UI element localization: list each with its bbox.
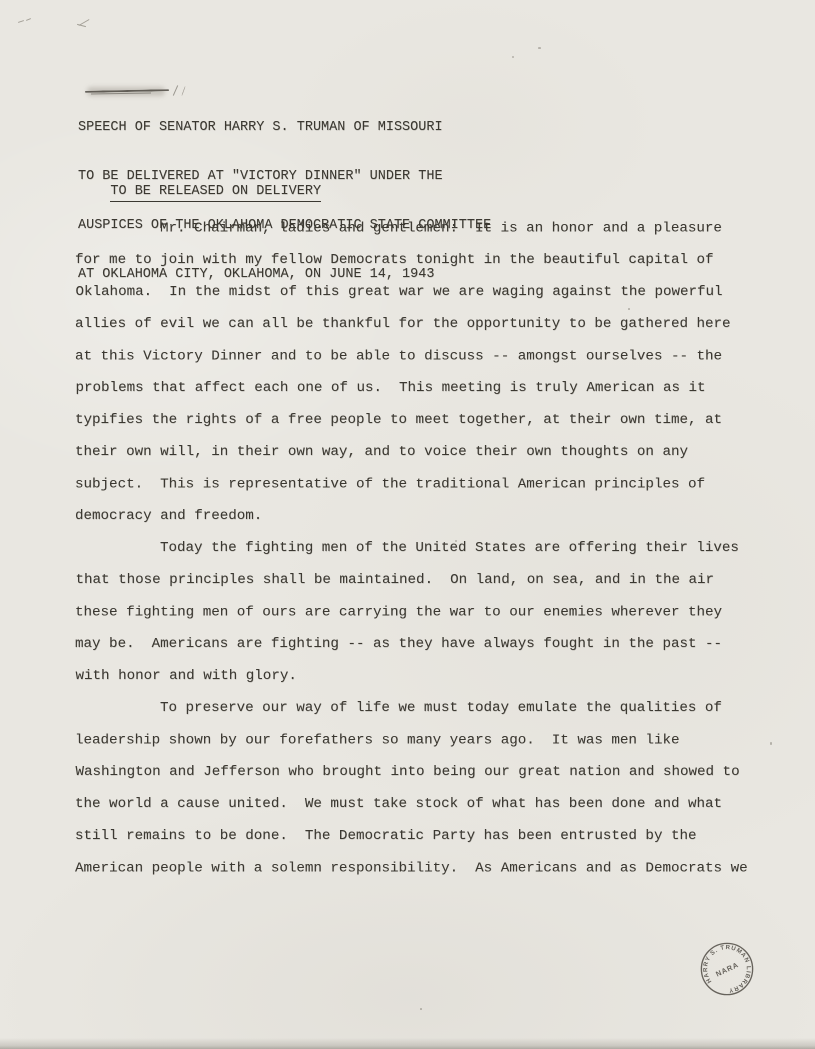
paper-speck <box>770 742 772 745</box>
header-line: SPEECH OF SENATOR HARRY S. TRUMAN OF MIS… <box>78 120 491 136</box>
text-line: at this Victory Dinner and to be able to… <box>75 340 785 372</box>
text-line: these fighting men of ours are carrying … <box>75 596 785 628</box>
page-edge-shadow <box>0 1038 815 1049</box>
paper-speck <box>628 308 630 310</box>
pencil-mark <box>76 16 94 30</box>
paper-speck <box>420 1008 422 1010</box>
text-line: Mr. Chairman, ladies and gentlemen: It i… <box>75 212 785 244</box>
paper-speck <box>512 56 514 58</box>
text-line: Oklahoma. In the midst of this great war… <box>76 276 786 308</box>
text-line: Washington and Jefferson who brought int… <box>76 756 786 788</box>
text-line: the world a cause united. We must take s… <box>75 788 785 820</box>
text-line: problems that affect each one of us. Thi… <box>76 372 786 404</box>
text-line: allies of evil we can all be thankful fo… <box>75 308 785 340</box>
text-line: subject. This is representative of the t… <box>75 468 785 500</box>
paper-speck <box>455 540 457 542</box>
document-page: SPEECH OF SENATOR HARRY S. TRUMAN OF MIS… <box>0 0 815 1049</box>
archive-stamp: HARRY S. TRUMAN LIBRARY NARA <box>698 940 756 998</box>
text-line: To preserve our way of life we must toda… <box>75 692 785 724</box>
text-line: with honor and with glory. <box>76 660 786 692</box>
document-body: Mr. Chairman, ladies and gentlemen: It i… <box>75 212 785 884</box>
text-line: leadership shown by our forefathers so m… <box>75 724 785 756</box>
paper-speck <box>538 47 541 49</box>
text-line: typifies the rights of a free people to … <box>75 404 785 436</box>
text-line: that those principles shall be maintaine… <box>76 564 786 596</box>
release-note-text: TO BE RELEASED ON DELIVERY <box>110 184 321 202</box>
text-line: still remains to be done. The Democratic… <box>75 820 785 852</box>
text-line: democracy and freedom. <box>75 500 785 532</box>
text-line: American people with a solemn responsibi… <box>75 852 785 884</box>
release-note: TO BE RELEASED ON DELIVERY <box>78 169 321 217</box>
pencil-mark <box>18 18 31 24</box>
text-line: Today the fighting men of the United Sta… <box>75 532 785 564</box>
text-line: their own will, in their own way, and to… <box>75 436 785 468</box>
stamp-center-text: NARA <box>714 960 740 978</box>
text-line: may be. Americans are fighting -- as the… <box>75 628 785 660</box>
text-line: for me to join with my fellow Democrats … <box>75 244 785 276</box>
